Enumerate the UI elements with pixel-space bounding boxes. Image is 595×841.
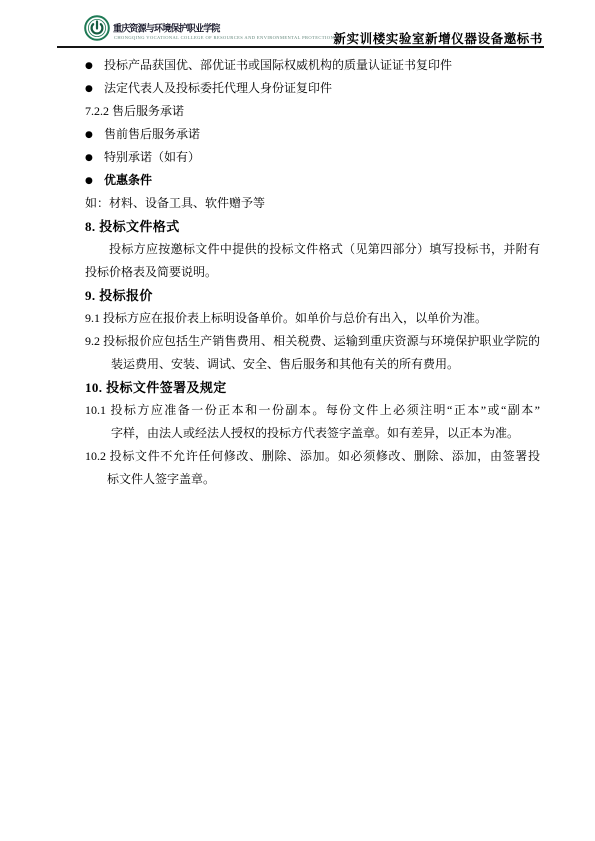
- doc-line-text: 优惠条件: [104, 173, 152, 187]
- bullet-icon: ●: [85, 124, 104, 147]
- doc-line: 9.1 投标方应在报价表上标明设备单价。如单价与总价有出入，以单价为准。: [85, 307, 540, 330]
- doc-section-heading: 10. 投标文件签署及规定: [85, 376, 540, 399]
- doc-line: 投标方应按邀标文件中提供的投标文件格式（见第四部分）填写投标书，并附有: [85, 238, 540, 261]
- doc-line-bullet: ●特别承诺（如有）: [85, 146, 540, 169]
- doc-line-bullet: ●投标产品获国优、部优证书或国际权威机构的质量认证证书复印件: [85, 54, 540, 77]
- doc-line: 投标价格表及简要说明。: [85, 261, 540, 284]
- header-rule: [57, 46, 544, 48]
- doc-line: 10.1 投标方应准备一份正本和一份副本。每份文件上必须注明“正本”或“副本”: [85, 399, 540, 422]
- bullet-icon: ●: [85, 55, 104, 78]
- college-name-english: CHONGQING VOCATIONAL COLLEGE OF RESOURCE…: [114, 35, 334, 40]
- bullet-icon: ●: [85, 170, 104, 193]
- document-header-title: 新实训楼实验室新增仪器设备邀标书: [333, 29, 543, 47]
- page-header: 重庆资源与环境保护职业学院 CHONGQING VOCATIONAL COLLE…: [0, 0, 595, 50]
- doc-line-text: 特别承诺（如有）: [104, 150, 200, 164]
- doc-line: 装运费用、安装、调试、安全、售后服务和其他有关的所有费用。: [85, 353, 540, 376]
- doc-line-bullet: ●优惠条件: [85, 169, 540, 192]
- doc-line-text: 售前售后服务承诺: [104, 127, 200, 141]
- doc-line: 如：材料、设备工具、软件赠予等: [85, 192, 540, 215]
- doc-line-text: 法定代表人及投标委托代理人身份证复印件: [104, 81, 332, 95]
- doc-line: 字样，由法人或经法人授权的投标方代表签字盖章。如有差异，以正本为准。: [85, 422, 540, 445]
- doc-section-heading: 9. 投标报价: [85, 284, 540, 307]
- doc-line-text: 投标产品获国优、部优证书或国际权威机构的质量认证证书复印件: [104, 58, 452, 72]
- doc-line: 标文件人签字盖章。: [85, 468, 540, 491]
- document-body: ●投标产品获国优、部优证书或国际权威机构的质量认证证书复印件●法定代表人及投标委…: [85, 54, 540, 491]
- doc-line: 9.2 投标报价应包括生产销售费用、相关税费、运输到重庆资源与环境保护职业学院的: [85, 330, 540, 353]
- document-page: 重庆资源与环境保护职业学院 CHONGQING VOCATIONAL COLLE…: [0, 0, 595, 841]
- college-emblem-icon: [84, 15, 110, 41]
- bullet-icon: ●: [85, 147, 104, 170]
- doc-section-heading: 8. 投标文件格式: [85, 215, 540, 238]
- college-name: 重庆资源与环境保护职业学院: [113, 20, 220, 34]
- doc-line: 10.2 投标文件不允许任何修改、删除、添加。如必须修改、删除、添加，由签署投: [85, 445, 540, 468]
- doc-line-bullet: ●售前售后服务承诺: [85, 123, 540, 146]
- bullet-icon: ●: [85, 78, 104, 101]
- doc-line: 7.2.2 售后服务承诺: [85, 100, 540, 123]
- doc-line-bullet: ●法定代表人及投标委托代理人身份证复印件: [85, 77, 540, 100]
